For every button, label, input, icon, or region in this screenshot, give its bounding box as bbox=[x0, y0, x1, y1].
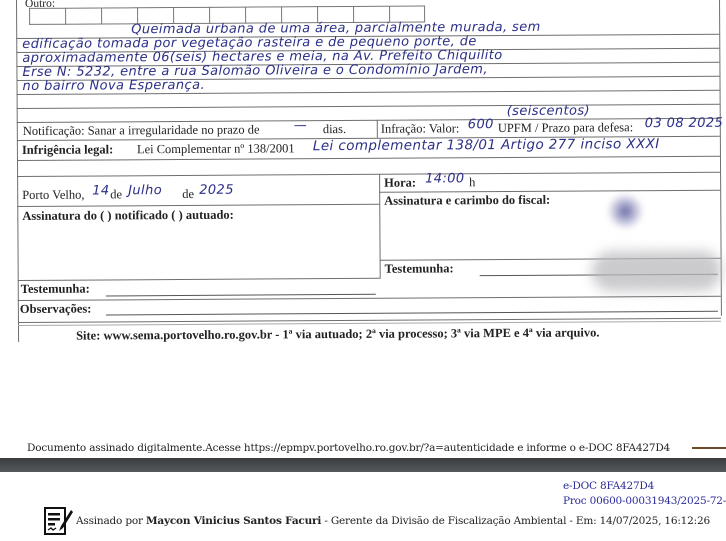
rule bbox=[17, 104, 720, 109]
notificacao-prazo: — bbox=[294, 118, 307, 133]
signed-by-line: Assinado por Maycon Vinicius Santos Facu… bbox=[76, 515, 710, 527]
hora-value: 14:00 bbox=[425, 171, 465, 186]
hora-label: Hora: bbox=[384, 176, 416, 191]
testemunha-label-right: Testemunha: bbox=[385, 261, 454, 276]
signer-name: Maycon Vinicius Santos Facuri bbox=[146, 515, 321, 527]
site-copies-line: Site: www.sema.portovelho.ro.gov.br - 1ª… bbox=[76, 325, 600, 343]
rule bbox=[18, 296, 721, 301]
testemunha-label-left: Testemunha: bbox=[21, 282, 90, 297]
infracao-unidade: UPFM / Prazo para defesa: bbox=[498, 120, 633, 136]
assinatura-autuado-label: Assinatura do ( ) notificado ( ) autuado… bbox=[22, 208, 234, 224]
date-month: Julho bbox=[128, 183, 162, 198]
notificacao-dias: dias. bbox=[323, 122, 346, 137]
prazo-defesa: 03 08 2025 bbox=[645, 116, 724, 131]
rule bbox=[18, 278, 380, 281]
scanned-form-page: Outro: Queimada urbana de uma área, parc… bbox=[0, 0, 726, 442]
hora-unit: h bbox=[469, 175, 475, 190]
infrigencia-handwritten: Lei complementar 138/01 Artigo 277 incis… bbox=[313, 136, 660, 154]
date-year: 2025 bbox=[199, 183, 234, 198]
infrigencia-printed: Lei Complementar nº 138/2001 bbox=[137, 141, 295, 157]
infrigencia-label: Infrigência legal: bbox=[22, 142, 113, 158]
rule bbox=[17, 156, 720, 161]
date-de-2: de bbox=[182, 187, 194, 202]
infraction-notice-form: Outro: Queimada urbana de uma área, parc… bbox=[16, 0, 722, 342]
observation-line bbox=[106, 311, 718, 316]
divider bbox=[377, 120, 378, 138]
observacoes-label: Observações: bbox=[20, 302, 92, 317]
signed-document-icon bbox=[44, 507, 74, 535]
infracao-valor: 600 bbox=[468, 117, 494, 132]
signed-suffix: - Gerente da Divisão de Fiscalização Amb… bbox=[324, 515, 710, 527]
description-line-5: no bairro Nova Esperança. bbox=[22, 78, 205, 94]
rule bbox=[17, 204, 379, 207]
page-separator bbox=[0, 458, 726, 472]
signed-prefix: Assinado por bbox=[76, 515, 143, 527]
date-day: 14 bbox=[92, 183, 109, 198]
local-label: Porto Velho, bbox=[22, 188, 84, 203]
edoc-code: e-DOC 8FA427D4 bbox=[563, 480, 654, 492]
proc-number: Proc 00600-00031943/2025-72-e bbox=[563, 495, 726, 507]
infracao-label: Infração: Valor: bbox=[381, 121, 460, 136]
valor-extenso: (seiscentos) bbox=[507, 103, 590, 119]
signature-line bbox=[106, 294, 376, 297]
redacted-witness bbox=[592, 251, 722, 292]
assinatura-fiscal-label: Assinatura e carimbo do fiscal: bbox=[384, 193, 550, 209]
digital-signature-notice: Documento assinado digitalmente.Acesse h… bbox=[27, 442, 670, 454]
divider bbox=[379, 174, 381, 279]
edge-mark bbox=[692, 447, 726, 449]
description-line-4: Erse N: 5232, entre a rua Salomão Olivei… bbox=[22, 62, 488, 80]
notificacao-label: Notificação: Sanar a irregularidade no p… bbox=[23, 123, 260, 139]
redacted-signature bbox=[607, 194, 643, 228]
rule bbox=[17, 172, 720, 177]
date-de-1: de bbox=[110, 187, 122, 202]
